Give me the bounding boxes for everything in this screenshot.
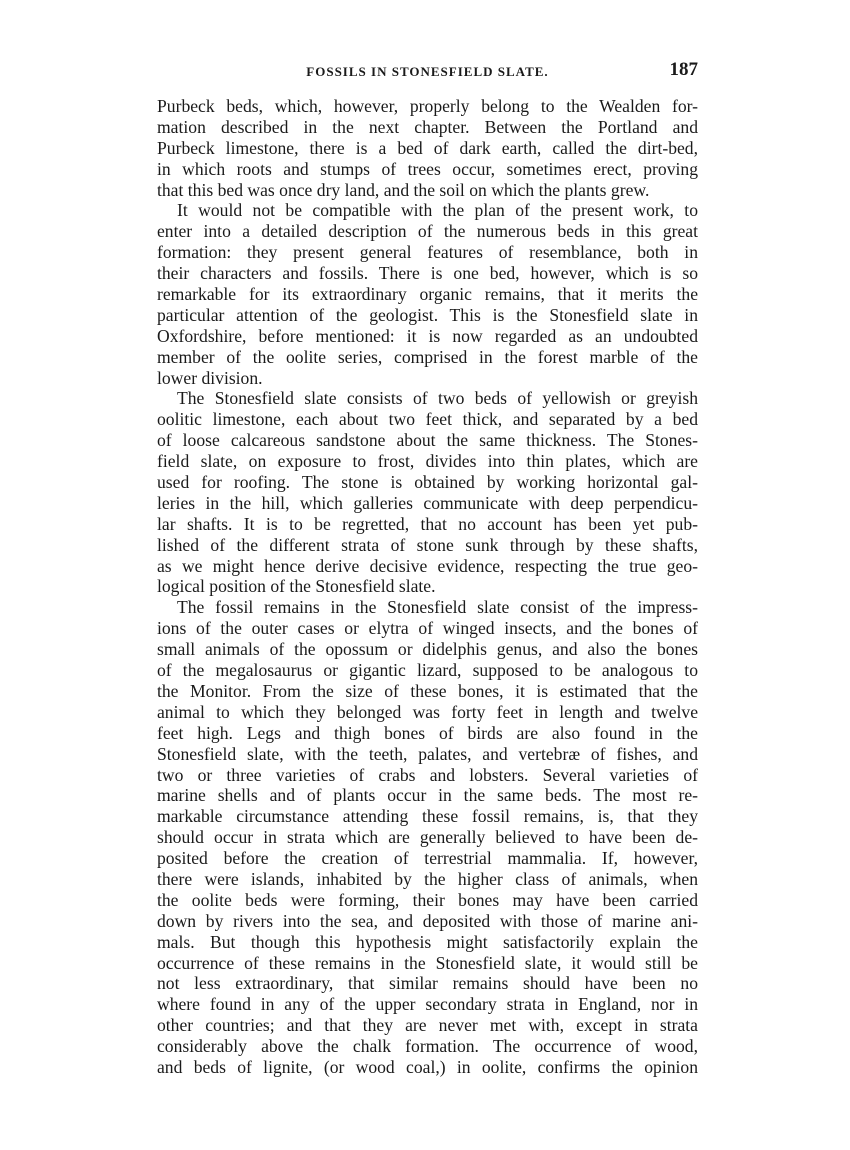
text-line: occurrence of these remains in the Stone…: [157, 953, 698, 974]
paragraph: The Stonesfield slate consists of two be…: [157, 388, 698, 597]
paragraph: The fossil remains in the Stonesfield sl…: [157, 597, 698, 1077]
text-line: feet high. Legs and thigh bones of birds…: [157, 723, 698, 744]
text-line: of the megalosaurus or gigantic lizard, …: [157, 660, 698, 681]
text-line: two or three varieties of crabs and lobs…: [157, 765, 698, 786]
text-line: mals. But though this hypothesis might s…: [157, 932, 698, 953]
text-line: posited before the creation of terrestri…: [157, 848, 698, 869]
text-line: where found in any of the upper secondar…: [157, 994, 698, 1015]
book-page: FOSSILS IN STONESFIELD SLATE. 187 Purbec…: [157, 62, 698, 1078]
text-line: lower division.: [157, 368, 698, 389]
text-line: considerably above the chalk formation. …: [157, 1036, 698, 1057]
text-line: other countries; and that they are never…: [157, 1015, 698, 1036]
running-title: FOSSILS IN STONESFIELD SLATE.: [157, 64, 698, 80]
text-line: The Stonesfield slate consists of two be…: [157, 388, 698, 409]
text-line: the oolite beds were forming, their bone…: [157, 890, 698, 911]
text-line: of loose calcareous sandstone about the …: [157, 430, 698, 451]
text-line: small animals of the opossum or didelphi…: [157, 639, 698, 660]
text-line: and beds of lignite, (or wood coal,) in …: [157, 1057, 698, 1078]
text-line: there were islands, inhabited by the hig…: [157, 869, 698, 890]
text-line: member of the oolite series, comprised i…: [157, 347, 698, 368]
page-number: 187: [670, 59, 699, 81]
text-line: remarkable for its extraordinary organic…: [157, 284, 698, 305]
text-line: not less extraordinary, that similar rem…: [157, 973, 698, 994]
text-line: Stonesfield slate, with the teeth, palat…: [157, 744, 698, 765]
text-line: logical position of the Stonesfield slat…: [157, 576, 698, 597]
text-line: enter into a detailed description of the…: [157, 221, 698, 242]
text-line: It would not be compatible with the plan…: [157, 200, 698, 221]
text-line: down by rivers into the sea, and deposit…: [157, 911, 698, 932]
text-line: as we might hence derive decisive eviden…: [157, 556, 698, 577]
text-line: that this bed was once dry land, and the…: [157, 180, 698, 201]
text-line: lar shafts. It is to be regretted, that …: [157, 514, 698, 535]
paragraph: It would not be compatible with the plan…: [157, 200, 698, 388]
text-line: ions of the outer cases or elytra of win…: [157, 618, 698, 639]
text-line: used for roofing. The stone is obtained …: [157, 472, 698, 493]
text-line: their characters and fossils. There is o…: [157, 263, 698, 284]
text-line: leries in the hill, which galleries comm…: [157, 493, 698, 514]
text-line: animal to which they belonged was forty …: [157, 702, 698, 723]
text-line: mation described in the next chapter. Be…: [157, 117, 698, 138]
text-line: Purbeck beds, which, however, properly b…: [157, 96, 698, 117]
running-header: FOSSILS IN STONESFIELD SLATE. 187: [157, 62, 698, 86]
text-line: markable circumstance attending these fo…: [157, 806, 698, 827]
paragraph: Purbeck beds, which, however, properly b…: [157, 96, 698, 200]
text-line: particular attention of the geologist. T…: [157, 305, 698, 326]
text-line: field slate, on exposure to frost, divid…: [157, 451, 698, 472]
text-line: should occur in strata which are general…: [157, 827, 698, 848]
body-text: Purbeck beds, which, however, properly b…: [157, 96, 698, 1078]
text-line: formation: they present general features…: [157, 242, 698, 263]
text-line: the Monitor. From the size of these bone…: [157, 681, 698, 702]
text-line: in which roots and stumps of trees occur…: [157, 159, 698, 180]
text-line: Purbeck limestone, there is a bed of dar…: [157, 138, 698, 159]
text-line: lished of the different strata of stone …: [157, 535, 698, 556]
text-line: Oxfordshire, before mentioned: it is now…: [157, 326, 698, 347]
text-line: The fossil remains in the Stonesfield sl…: [157, 597, 698, 618]
text-line: marine shells and of plants occur in the…: [157, 785, 698, 806]
text-line: oolitic limestone, each about two feet t…: [157, 409, 698, 430]
